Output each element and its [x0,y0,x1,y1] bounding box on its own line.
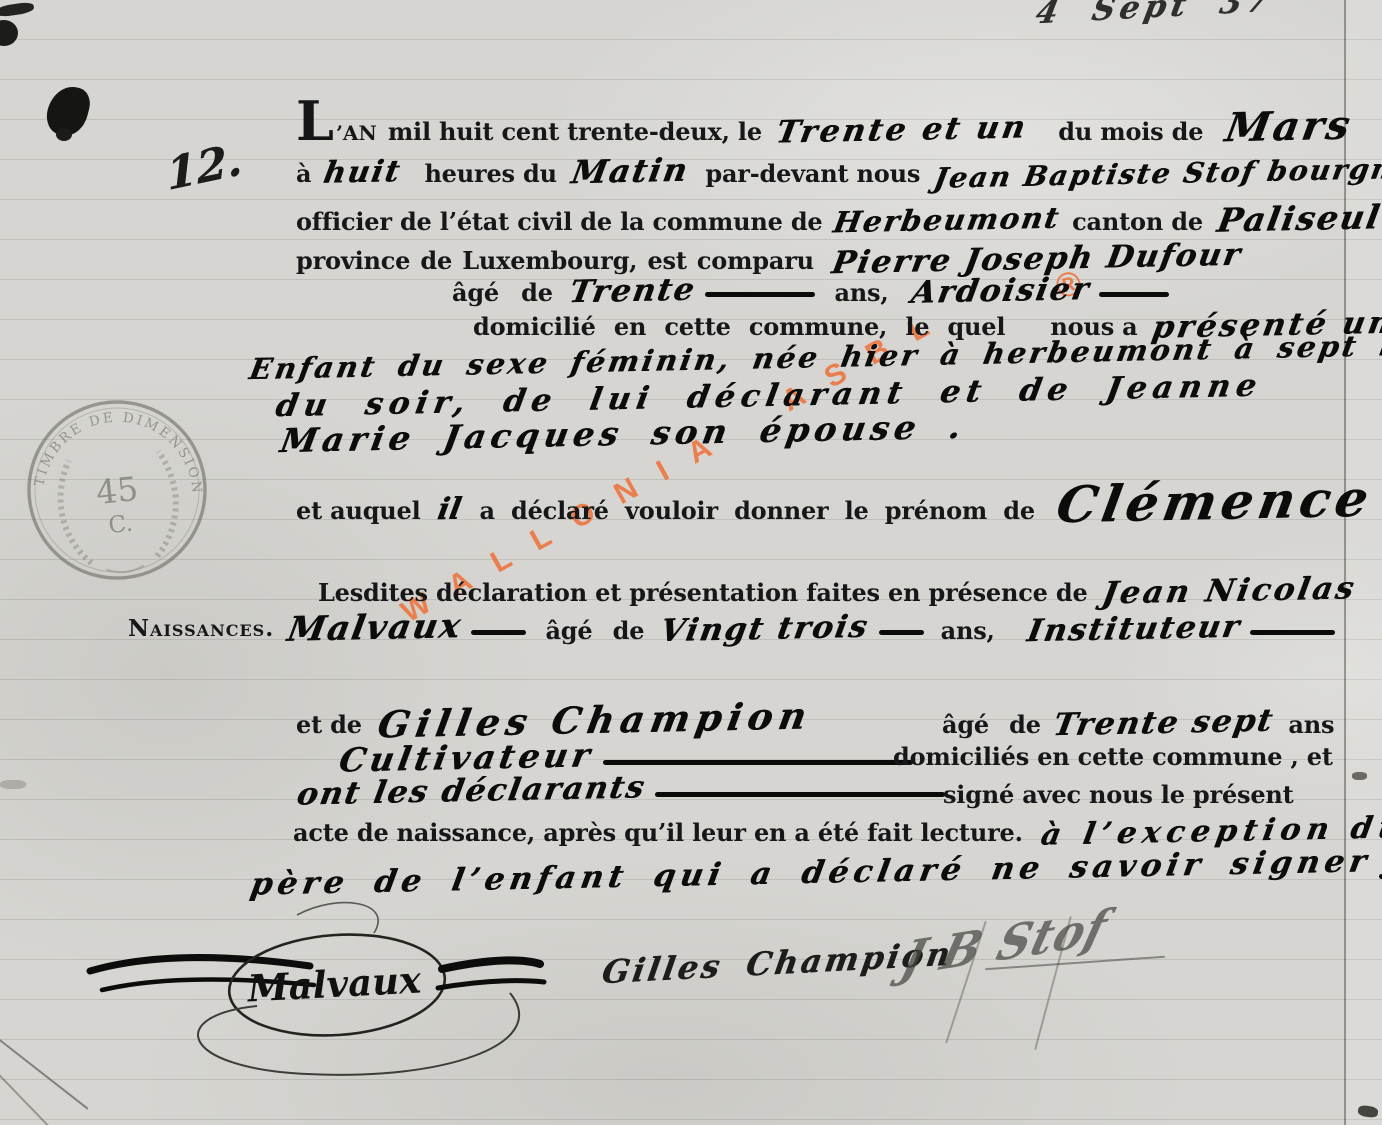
revenue-stamp: TIMBRE DE DIMENSION 45 C. [12,383,221,598]
act-line-4: province de Luxembourg, est comparu Pier… [296,242,1241,276]
handwritten-witness1-profession: Instituteur [1024,610,1243,649]
stamp-value: 45 [94,469,140,512]
signature-officer-stof: J B Stof [896,900,1113,986]
act-number: 12. [165,136,243,201]
act-line-11: Lesdites déclaration et présentation fai… [318,574,1355,608]
handwritten-profession: Ardoisier [908,272,1092,310]
act-line-2: à huit heures du Matin par-devant nous J… [296,154,1382,189]
printed-drop-cap: L [296,89,334,153]
handwritten-entry: ont les déclarants [294,770,648,811]
handwritten-given-name: Clémence [1053,471,1378,533]
printed-text: a déclaré vouloir donner le prénom de [480,496,1035,525]
scan-mark-right-mid [1352,772,1367,780]
printed-text: mil huit cent trente-deux, le [388,117,762,146]
scan-blot-top-left-small [56,128,72,141]
printed-text: ans, [834,278,888,307]
handwritten-witness1-age: Vingt trois [658,610,872,648]
act-line-3: officier de l’état civil de la commune d… [296,201,1380,237]
stamp-unit: C. [107,511,134,539]
handwritten-hour: huit [321,155,404,190]
act-line-5: âgé de Trente ans, Ardoisier [452,274,1169,308]
printed-text: canton de [1072,207,1203,236]
handwritten-witness2-age: Trente sept [1051,704,1277,743]
printed-text: âgé de [942,710,1041,739]
act-line-14-right: domiciliés en cette commune , et [893,744,1333,770]
handwritten-ampm: Matin [569,153,692,191]
printed-text: acte de naissance, après qu’il leur en a… [293,818,1023,847]
printed-text: province de Luxembourg, est comparu [296,246,814,275]
act-line-12: Malvaux âgé de Vingt trois ans, Institut… [288,610,1335,647]
printed-text: signé avec nous le présent [943,780,1294,809]
ink-stroke [879,630,924,635]
printed-text: officier de l’état civil de la commune d… [296,207,822,236]
handwritten-month: Mars [1222,104,1356,151]
act-line-16: acte de naissance, après qu’il leur en a… [293,815,1382,848]
act-line-15-right: signé avec nous le présent [943,782,1294,808]
printed-text: par-devant nous [705,159,920,188]
printed-text: Lesdites déclaration et présentation fai… [318,578,1088,607]
handwritten-canton: Paliseul [1215,199,1382,239]
printed-text: et de [296,710,362,739]
printed-text: à [296,159,311,188]
act-line-1: L’AN mil huit cent trente-deux, le Trent… [296,92,1352,151]
printed-text: et auquel [296,496,421,525]
scan-mark-left-corner-2 [0,20,18,46]
ink-stroke [655,792,945,797]
printed-text: du mois de [1058,117,1203,146]
handwritten-witness1-name: Jean Nicolas [1099,571,1359,610]
scan-streak-bottom-left [0,1028,88,1110]
act-line-8: du soir, de lui déclarant et de Jeanne [278,379,1260,413]
printed-text: âgé de [545,616,644,645]
scanned-birth-record-page: TIMBRE DE DIMENSION 45 C. WALLONIA ASBL … [0,0,1382,1125]
act-line-13-right: âgé de Trente sept ans [942,706,1334,740]
scan-streak-bottom-left-2 [0,1062,54,1125]
printed-text: ’AN [336,121,377,145]
printed-text: domiciliés en cette commune , et [893,742,1333,771]
printed-text: heures du [424,159,556,188]
printed-text: ans [1288,710,1334,739]
handwritten-officer-name: Jean Baptiste Stof bourgmestre [932,152,1382,194]
act-line-13-left: et de Gilles Champion [296,700,811,741]
handwritten-day: Trente et un [774,110,1031,149]
handwritten-witness1-surname: Malvaux [284,608,465,649]
handwritten-age: Trente [567,273,699,310]
scan-smudge-left-edge [0,780,26,789]
handwritten-mother-entry: Marie Jacques son épouse . [278,409,969,460]
act-line-15-left: ont les déclarants [298,774,945,808]
handwritten-commune: Herbeumont [830,203,1062,240]
ink-stroke [705,292,815,297]
margin-section-label: Naissances. [128,616,274,641]
ink-stroke [603,760,913,765]
scan-mark-left-corner [0,1,35,18]
handwritten-entry: il [435,493,464,526]
ink-stroke [471,630,526,635]
ink-stroke [1099,292,1169,297]
printed-text: ans, [941,616,995,645]
signature-malvaux: Malvaux [82,893,562,1088]
ink-stroke [1250,630,1335,635]
signature-malvaux-text: Malvaux [245,957,423,1010]
act-line-17: père de l’enfant qui a déclaré ne savoir… [253,856,1382,890]
archival-date-note: 4 Sept 37 [1033,0,1277,31]
printed-text: âgé de [452,278,553,307]
act-line-10: et auquel il a déclaré vouloir donner le… [296,474,1382,529]
act-line-9: Marie Jacques son épouse . [282,416,964,452]
printed-text: domicilié en cette commune, le quel [473,312,1005,341]
